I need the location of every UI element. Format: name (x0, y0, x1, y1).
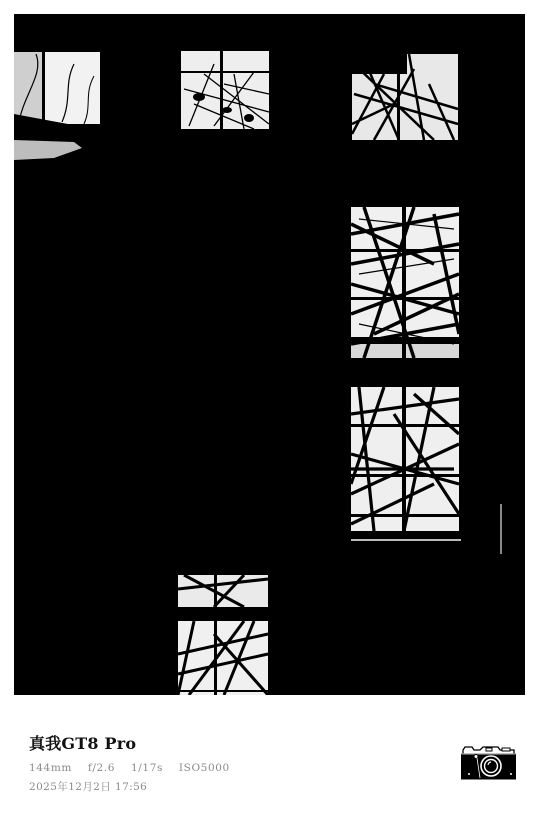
aperture: f/2.6 (88, 762, 115, 774)
photo (14, 14, 525, 695)
iso: ISO5000 (179, 762, 230, 774)
exif-specs: 144mm f/2.6 1/17s ISO5000 (29, 761, 242, 775)
device-name: 真我GT8 Pro (29, 734, 242, 754)
window-top-right (352, 54, 458, 140)
window-bottom-middle (178, 575, 268, 695)
window-mid-right (351, 207, 459, 358)
shutter-speed: 1/17s (131, 762, 163, 774)
camera-icon (460, 744, 517, 781)
capture-datetime: 2025年12月2日 17:56 (29, 780, 242, 794)
photo-caption: 真我GT8 Pro 144mm f/2.6 1/17s ISO5000 2025… (29, 734, 242, 794)
window-top-middle (181, 51, 269, 129)
photo-image (14, 14, 525, 695)
focal-length: 144mm (29, 762, 72, 774)
